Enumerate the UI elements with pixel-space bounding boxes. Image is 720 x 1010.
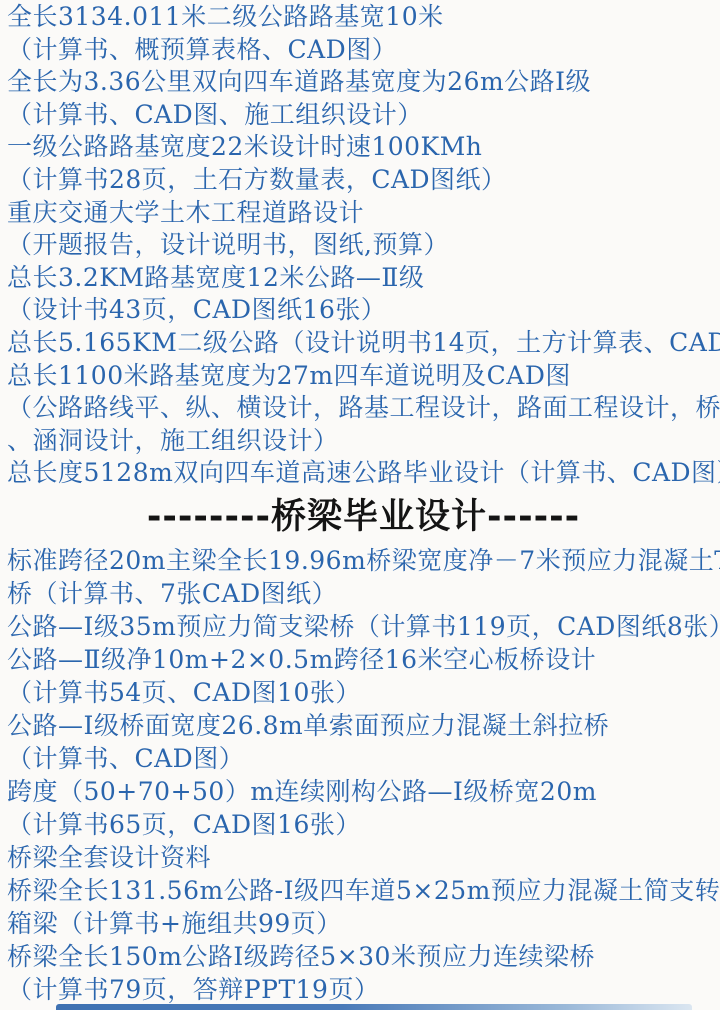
list-line: 全长为3.36公里双向四车道路基宽度为26m公路Ⅰ级 — [7, 66, 720, 99]
list-line: 总长5.165KM二级公路（设计说明书14页，土方计算表、CAD图纸） — [7, 327, 720, 360]
cutoff-next-line-bar — [56, 1004, 692, 1010]
list-line: 公路—Ⅱ级净10m+2×0.5m跨径16米空心板桥设计 — [7, 643, 720, 676]
list-line: 跨度（50+70+50）m连续刚构公路—Ⅰ级桥宽20m — [7, 775, 720, 808]
list-line: 公路—I级桥面宽度26.8m单索面预应力混凝土斜拉桥 — [7, 709, 720, 742]
road-design-list: 全长3134.011米二级公路路基宽10米 （计算书、概预算表格、CAD图） 全… — [7, 1, 720, 490]
list-line: 箱梁（计算书+施组共99页） — [7, 907, 720, 940]
list-line: 桥梁全套设计资料 — [7, 841, 720, 874]
list-line: 总长度5128m双向四车道高速公路毕业设计（计算书、CAD图） — [7, 457, 720, 490]
list-line: （公路路线平、纵、横设计，路基工程设计，路面工程设计，桥型 — [7, 392, 720, 425]
list-line: 桥梁全长150m公路Ⅰ级跨径5×30米预应力连续梁桥 — [7, 940, 720, 973]
list-line: 重庆交通大学土木工程道路设计 — [7, 197, 720, 230]
list-line: （计算书、概预算表格、CAD图） — [7, 34, 720, 67]
list-line: 总长3.2KM路基宽度12米公路—Ⅱ级 — [7, 262, 720, 295]
list-line: 、涵洞设计，施工组织设计） — [7, 425, 720, 458]
list-line: （设计书43页，CAD图纸16张） — [7, 294, 720, 327]
list-line: 桥（计算书、7张CAD图纸） — [7, 577, 720, 610]
list-line: 一级公路路基宽度22米设计时速100KMh — [7, 131, 720, 164]
section-divider-title: --------桥梁毕业设计------ — [7, 490, 720, 544]
list-line: 公路—Ⅰ级35m预应力简支梁桥（计算书119页，CAD图纸8张） — [7, 610, 720, 643]
list-line: 桥梁全长131.56m公路-Ⅰ级四车道5×25m预应力混凝土简支转连续 — [7, 874, 720, 907]
list-line: （计算书、CAD图、施工组织设计） — [7, 99, 720, 132]
list-line: （开题报告，设计说明书，图纸,预算） — [7, 229, 720, 262]
document-page: 全长3134.011米二级公路路基宽10米 （计算书、概预算表格、CAD图） 全… — [0, 0, 720, 1010]
list-line: （计算书79页，答辩PPT19页） — [7, 973, 720, 1006]
list-line: 标准跨径20m主梁全长19.96m桥梁宽度净－7米预应力混凝土T形梁 — [7, 544, 720, 577]
list-line: （计算书28页，土石方数量表，CAD图纸） — [7, 164, 720, 197]
bridge-design-list: 标准跨径20m主梁全长19.96m桥梁宽度净－7米预应力混凝土T形梁 桥（计算书… — [7, 544, 720, 1006]
list-line: 总长1100米路基宽度为27m四车道说明及CAD图 — [7, 360, 720, 393]
list-line: 全长3134.011米二级公路路基宽10米 — [7, 1, 720, 34]
list-line: （计算书54页、CAD图10张） — [7, 676, 720, 709]
list-line: （计算书、CAD图） — [7, 742, 720, 775]
list-line: （计算书65页，CAD图16张） — [7, 808, 720, 841]
